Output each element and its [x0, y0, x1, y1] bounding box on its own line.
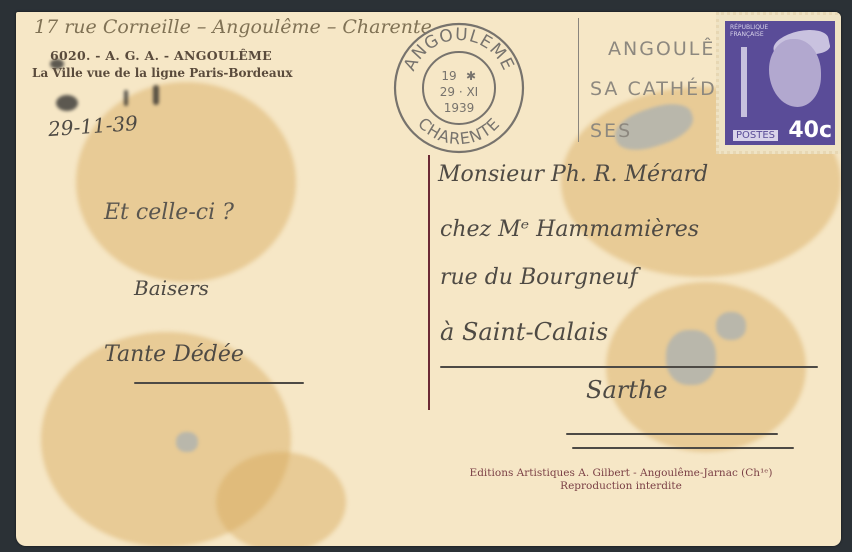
postmark-city: ANGOULEME [400, 25, 518, 74]
ink-smudge [124, 90, 128, 106]
signature-underline [134, 382, 304, 384]
sender-address: 17 rue Corneille – Angoulême – Charente [34, 16, 432, 38]
recipient-line-5: Sarthe [586, 376, 668, 404]
stamp-country: RÉPUBLIQUE FRANÇAISE [730, 24, 775, 38]
stamp-label: POSTES [733, 130, 778, 141]
stamp-design: RÉPUBLIQUE FRANÇAISE POSTES 40c [725, 21, 835, 145]
postmark: ANGOULEME CHARENTE 19 ✱ 29 · XI 1939 [391, 20, 527, 156]
message-line-2: Baisers [134, 276, 209, 300]
recipient-line-3: rue du Bourgneuf [440, 265, 638, 290]
postmark-date: 29 · XI [440, 85, 478, 99]
slogan-line-2: SA CATHÉD [590, 78, 717, 100]
message-signature: Tante Dédée [104, 342, 244, 367]
ink-smudge [56, 95, 78, 111]
grey-spot [716, 312, 746, 340]
postcard: 17 rue Corneille – Angoulême – Charente … [16, 12, 841, 546]
postmark-star: ✱ [466, 69, 476, 83]
postmark-year: 1939 [444, 101, 475, 115]
ink-smudge [153, 85, 159, 105]
svg-text:ANGOULEME: ANGOULEME [400, 25, 518, 74]
address-divider [428, 155, 430, 410]
publisher-line-2: Reproduction interdite [436, 480, 806, 493]
card-subtitle: La Ville vue de la ligne Paris-Bordeaux [32, 66, 293, 80]
postmark-hour: 19 [441, 69, 456, 83]
address-underline-1 [440, 366, 818, 368]
slogan-line-3: SES [590, 120, 632, 142]
cancel-bar [578, 18, 579, 142]
caduceus-icon [741, 47, 747, 117]
stain [216, 452, 346, 546]
publisher-imprint: Editions Artistiques A. Gilbert - Angoul… [436, 467, 806, 493]
recipient-line-4: à Saint-Calais [440, 318, 608, 346]
grey-spot [176, 432, 198, 452]
address-underline-3 [572, 447, 794, 449]
stamp-value: 40c [788, 118, 832, 143]
slogan-line-1: ANGOULÊ [608, 38, 715, 60]
card-title: 6020. - A. G. A. - ANGOULÊME [50, 48, 272, 63]
message-line-1: Et celle-ci ? [104, 200, 234, 225]
publisher-line-1: Editions Artistiques A. Gilbert - Angoul… [436, 467, 806, 480]
postage-stamp: RÉPUBLIQUE FRANÇAISE POSTES 40c [716, 12, 841, 154]
recipient-line-2: chez Mᵉ Hammamières [440, 217, 699, 242]
grey-spot [666, 330, 716, 385]
mercury-head-icon [769, 39, 821, 107]
recipient-line-1: Monsieur Ph. R. Mérard [438, 162, 708, 187]
address-underline-2 [566, 433, 778, 435]
